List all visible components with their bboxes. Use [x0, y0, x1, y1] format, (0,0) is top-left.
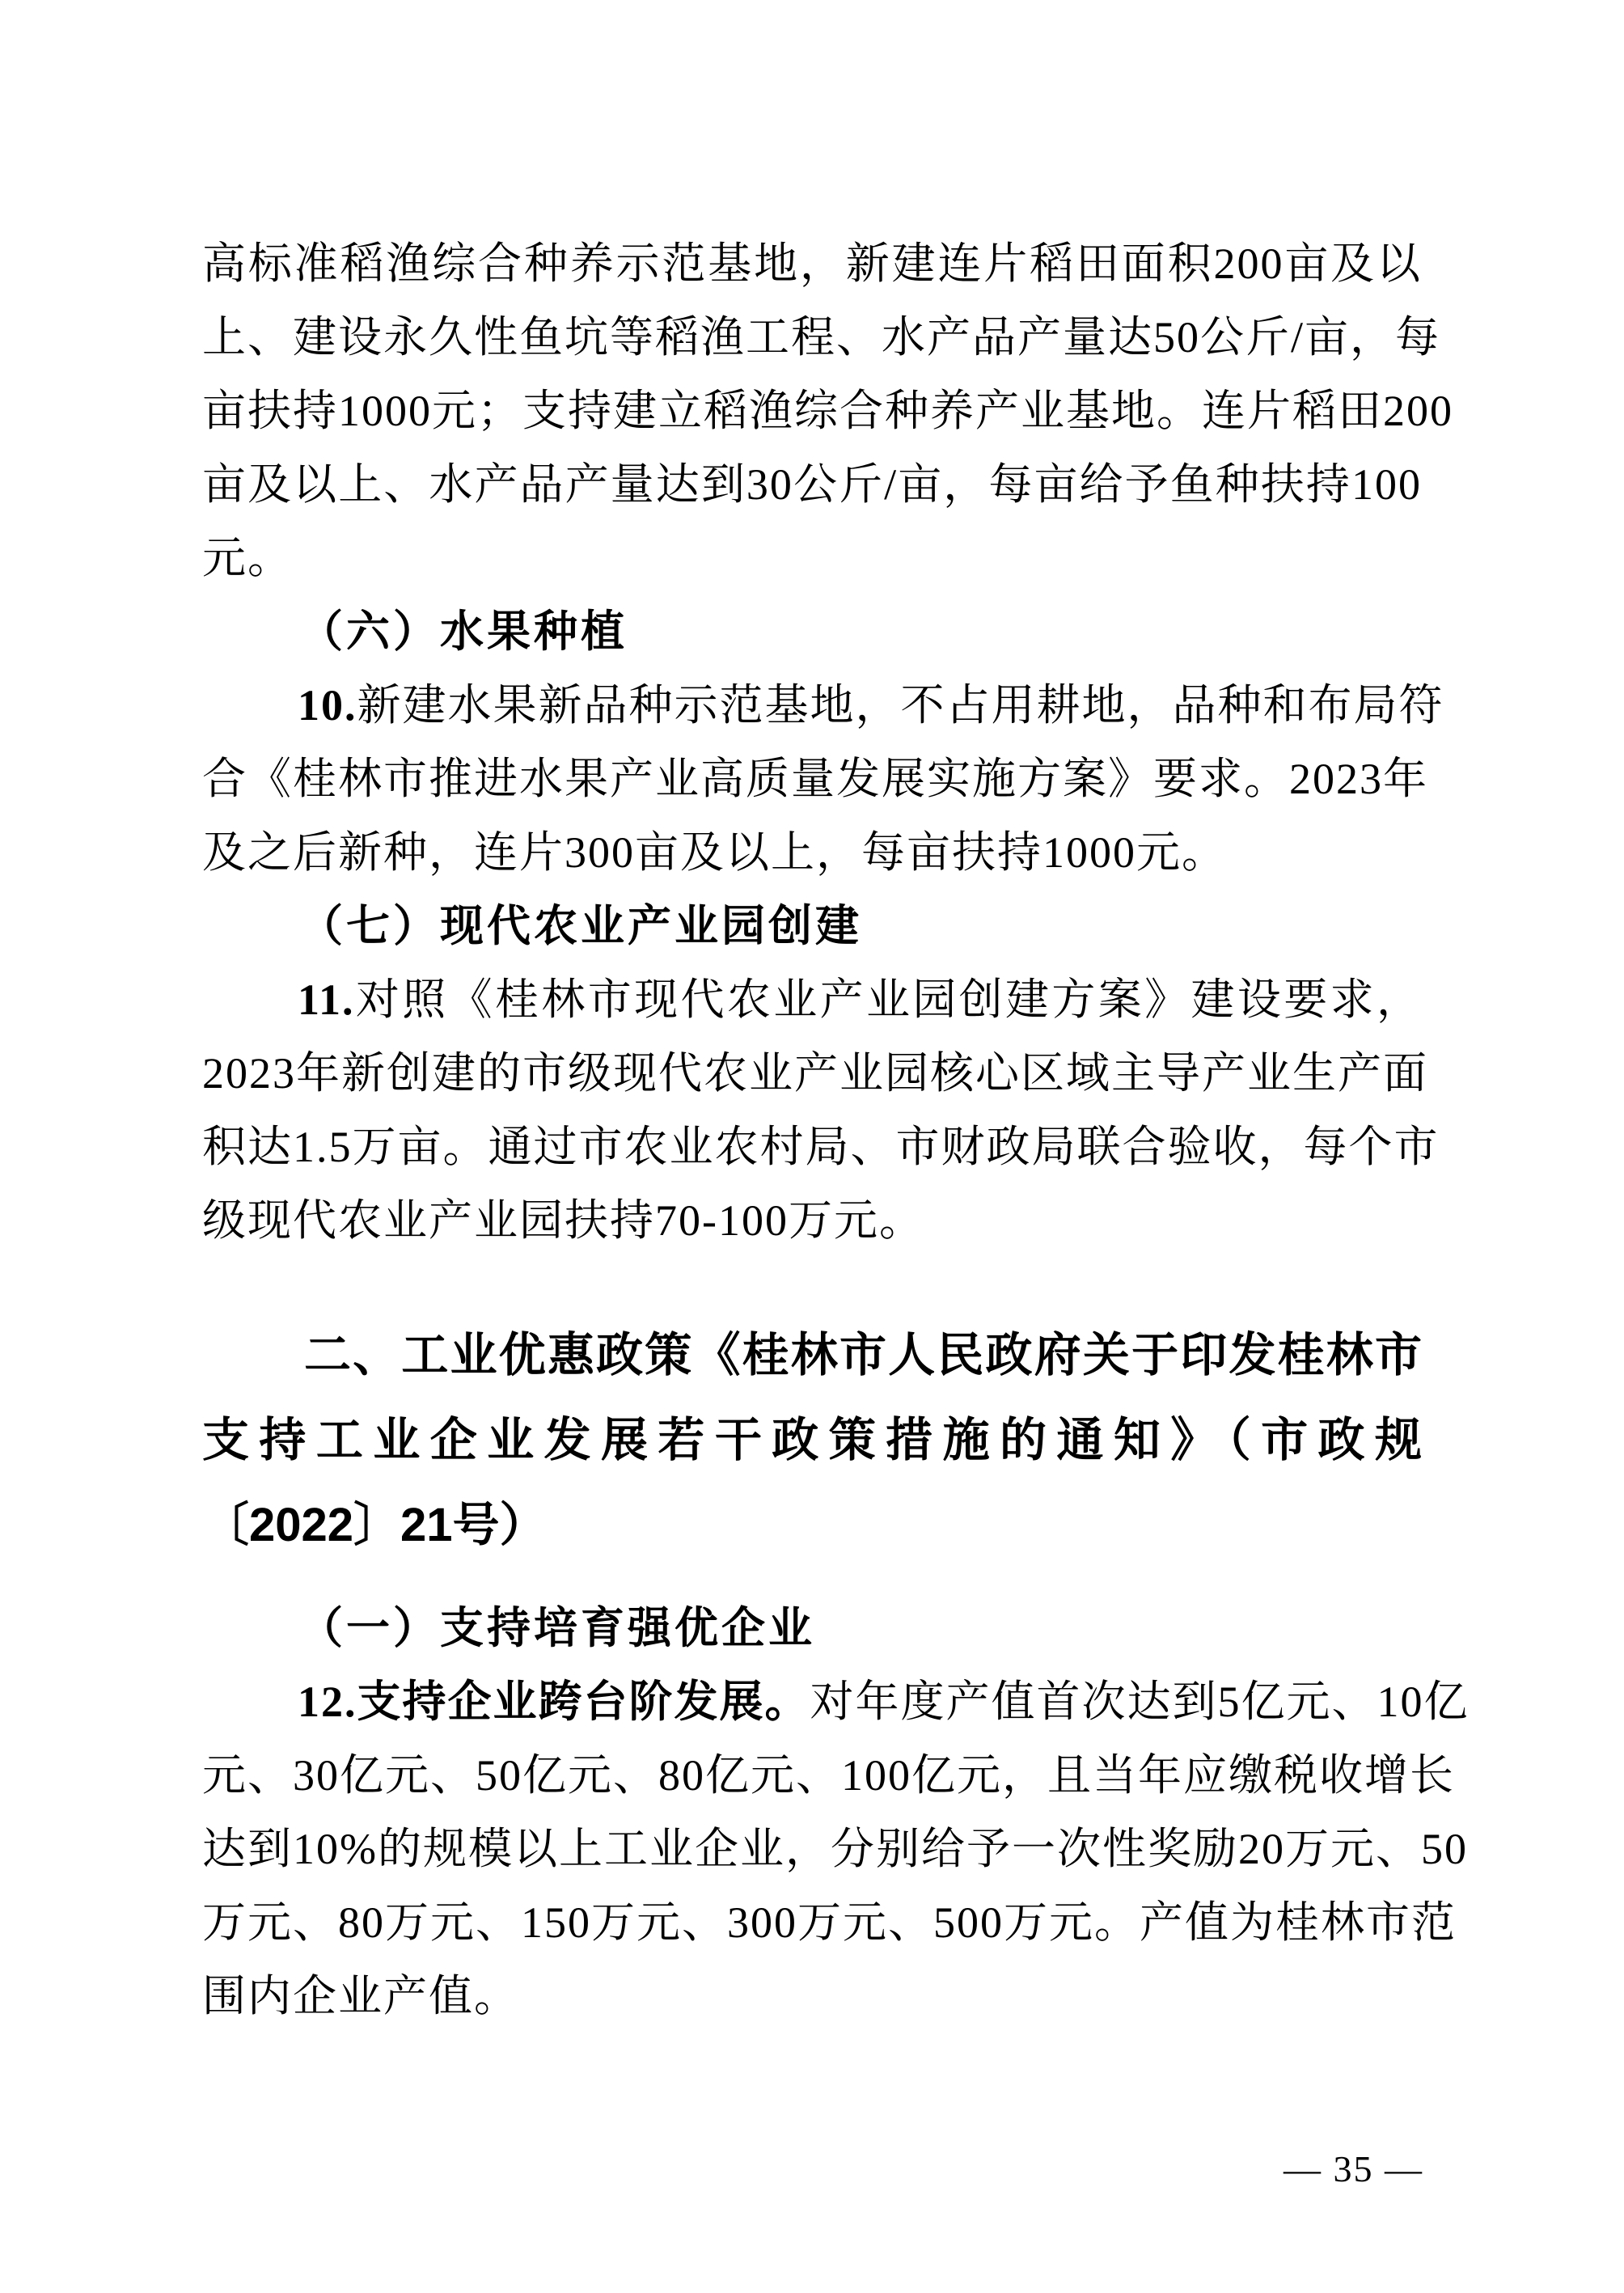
- text-line: 万元、80万元、150万元、300万元、500万元。产值为桂林市范: [202, 1886, 1422, 1960]
- document-page: 高标准稻渔综合种养示范基地，新建连片稻田面积200亩及以 上、建设永久性鱼坑等稻…: [0, 0, 1624, 2293]
- text-line: 达到10%的规模以上工业企业，分别给予一次性奖励20万元、50: [202, 1813, 1422, 1886]
- text-line: 围内企业产值。: [202, 1960, 1422, 2033]
- text-line: 元、30亿元、50亿元、80亿元、100亿元，且当年应缴税收增长: [202, 1739, 1422, 1813]
- text-line: 元。: [202, 522, 1422, 595]
- subheading-support-strong-enterprises: （一）支持培育强优企业: [202, 1592, 1422, 1665]
- item-number: 11.: [298, 975, 355, 1024]
- text-line: 上、建设永久性鱼坑等稻渔工程、水产品产量达50公斤/亩，每: [202, 301, 1422, 374]
- text-line: 亩扶持1000元；支持建立稻渔综合种养产业基地。连片稻田200: [202, 374, 1422, 448]
- bold-lead-sentence: 支持企业跨台阶发展。: [357, 1677, 810, 1726]
- paragraph-10: 10.新建水果新品种示范基地，不占用耕地，品种和布局符 合《桂林市推进水果产业高…: [202, 669, 1422, 890]
- text-line: 10.新建水果新品种示范基地，不占用耕地，品种和布局符: [202, 669, 1422, 742]
- section-heading-line: 〔2022〕21号）: [202, 1483, 1422, 1567]
- text-line: 及之后新种，连片300亩及以上，每亩扶持1000元。: [202, 816, 1422, 890]
- text-line: 高标准稻渔综合种养示范基地，新建连片稻田面积200亩及以: [202, 227, 1422, 301]
- text-segment: 新建水果新品种示范基地，不占用耕地，品种和布局符: [357, 681, 1444, 730]
- text-segment: 对照《桂林市现代农业产业园创建方案》建设要求，: [355, 975, 1422, 1024]
- text-line: 11.对照《桂林市现代农业产业园创建方案》建设要求，: [202, 963, 1422, 1037]
- paragraph-12: 12.支持企业跨台阶发展。对年度产值首次达到5亿元、10亿 元、30亿元、50亿…: [202, 1665, 1422, 2033]
- text-line: 12.支持企业跨台阶发展。对年度产值首次达到5亿元、10亿: [202, 1665, 1422, 1739]
- section-heading-line: 二、工业优惠政策《桂林市人民政府关于印发桂林市: [202, 1313, 1422, 1398]
- paragraph-11: 11.对照《桂林市现代农业产业园创建方案》建设要求， 2023年新创建的市级现代…: [202, 963, 1422, 1258]
- item-number: 12.: [298, 1677, 357, 1726]
- text-segment: 对年度产值首次达到5亿元、10亿: [810, 1677, 1470, 1726]
- text-line: 亩及以上、水产品产量达到30公斤/亩，每亩给予鱼种扶持100: [202, 448, 1422, 522]
- paragraph-9-continuation: 高标准稻渔综合种养示范基地，新建连片稻田面积200亩及以 上、建设永久性鱼坑等稻…: [202, 227, 1422, 595]
- section-heading-line: 支持工业企业发展若干政策措施的通知》（市政规: [202, 1398, 1422, 1483]
- document-text: 高标准稻渔综合种养示范基地，新建连片稻田面积200亩及以 上、建设永久性鱼坑等稻…: [202, 227, 1422, 2033]
- subheading-modern-agri-park: （七）现代农业产业园创建: [202, 890, 1422, 963]
- text-line: 积达1.5万亩。通过市农业农村局、市财政局联合验收，每个市: [202, 1111, 1422, 1184]
- text-line: 级现代农业产业园扶持70-100万元。: [202, 1184, 1422, 1258]
- text-line: 2023年新创建的市级现代农业产业园核心区域主导产业生产面: [202, 1037, 1422, 1111]
- page-number: — 35 —: [1284, 2145, 1423, 2194]
- text-line: 合《桂林市推进水果产业高质量发展实施方案》要求。2023年: [202, 742, 1422, 816]
- item-number: 10.: [298, 681, 357, 730]
- section-heading-industry-policy: 二、工业优惠政策《桂林市人民政府关于印发桂林市 支持工业企业发展若干政策措施的通…: [202, 1313, 1422, 1567]
- subheading-fruit-planting: （六）水果种植: [202, 595, 1422, 669]
